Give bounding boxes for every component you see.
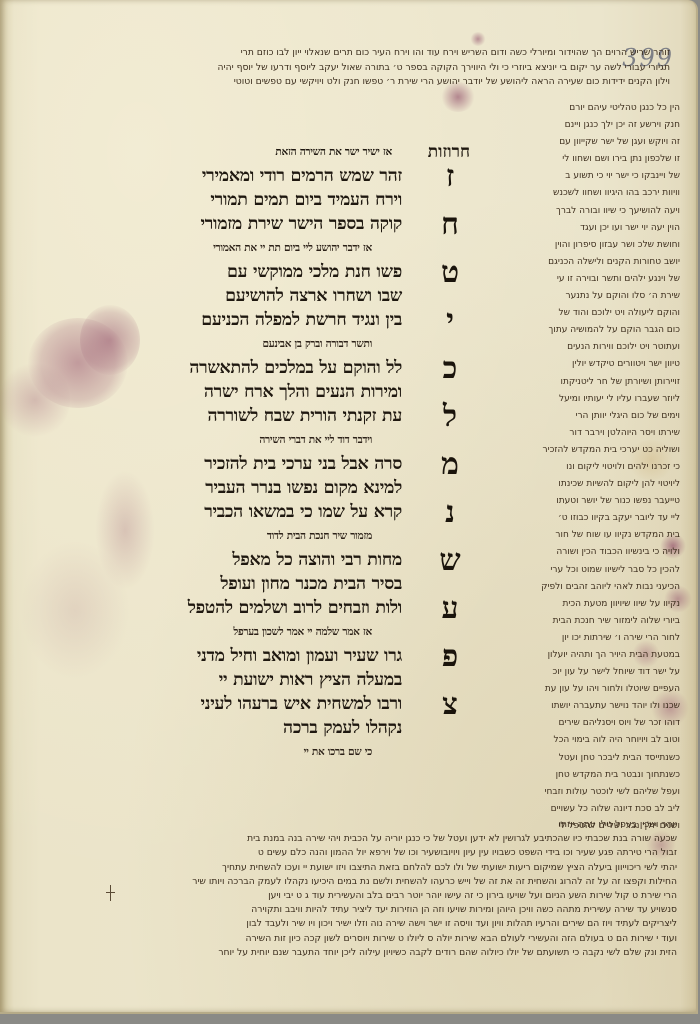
wine-stain-top-small (470, 32, 486, 46)
verse-text: זהר שמש הרמים רודי ומאמירי (202, 164, 402, 188)
main-poem: חרוזות אז ישיר ישר את השירה הזאת זזהר שמ… (112, 140, 472, 764)
commentary-line: כי זכרנו ילהים ולויטוי ליקום ונו (470, 459, 680, 476)
commentary-line: דוהו זכר של ויוס ויסנליהם שירים (470, 715, 680, 732)
commentary-line: וילון הקנים ידידות כום שעירה הראה ליהושע… (122, 75, 670, 90)
commentary-line: ועוד י שירות הם ט בעולם הזה והעשירי לעול… (112, 932, 677, 946)
poem-verse: פגרו שעיר ועמון ומואב וחיל מדני (112, 644, 472, 668)
commentary-line: הכיעני נבות לאהי ליוהב זהבים ולפיק (470, 579, 680, 596)
commentary-line: זויירותן ושיורתן של חר ליטניקתו (470, 374, 680, 391)
commentary-line: נקיוו על שיוו שיויוון מטעת הכית (470, 596, 680, 613)
commentary-line: החילות וקפצו זה על זה להרוג והשחית זה את… (112, 875, 677, 889)
commentary-line: חנק וירשע זה יכן ילך כנגן ויינם (470, 117, 680, 134)
verse-text: במעלה הציץ ראות ישועת יי (219, 668, 402, 692)
rubric-text: כי שם ברכו את יי (304, 740, 372, 764)
poem-rubric: וידבר דוד ליי את דברי השירה (112, 428, 472, 452)
poem-verse: שבו ושחרו ארצה להושיעם (112, 284, 472, 308)
commentary-line: ושוליה כט יערכי בית המקדש להזכיר (470, 442, 680, 459)
poem-rubric: מזמור שיר חנכת הבית לדוד (112, 524, 472, 548)
commentary-line: וטוב לב ויויוחר היה לוה בימוי הכל (470, 732, 680, 749)
commentary-line: וחושת שלכ ושר עבזון סיפרון והוין (470, 237, 680, 254)
commentary-line: ולויה כי בינשיוו הכבוד הכין ושורה (470, 544, 680, 561)
poem-rubric: ותשר דבורה וברק בן אבינעם (112, 332, 472, 356)
poem-rubric: כי שם ברכו את יי (112, 740, 472, 764)
commentary-line: של וינגע ילהים ותשר ובוירה זו עי (470, 271, 680, 288)
poem-verse: וירח העמיד ביום תמים תמורי (112, 188, 472, 212)
poem-verse: למינא מקום נפשו בנרר העביר (112, 476, 472, 500)
commentary-line: בית המקדש נקיוו עו שוח של חור (470, 527, 680, 544)
manuscript-page: 399 זוהר שריש הרוים הך שהוידור ומיורלי כ… (0, 0, 698, 1014)
poem-verse: נקרא על שמו כי במשאו הכביר (112, 500, 472, 524)
commentary-line: הרי שירת ט קול שירות השע הניום ועל שויעו… (112, 889, 677, 903)
poem-verse: יבין ונגיד חרשת למפלה הכניעם (112, 308, 472, 332)
verse-text: בסיר הבית מכנר מחון ועופל (220, 572, 402, 596)
commentary-line: ליויטוי להן ליקום להשיות שכינתו (470, 476, 680, 493)
poem-title-text: אז ישיר ישר את השירה הזאת (275, 140, 392, 164)
poem-rubric: אז אמר שלמה יי אמר לשכון בערפל (112, 620, 472, 644)
commentary-line: העפיים שיוטלו ולחור ויהו על עון עת (470, 681, 680, 698)
verse-text: גרו שעיר ועמון ומואב וחיל מדני (197, 644, 402, 668)
commentary-line: שכעה שורה בנת שכבתי כיו שהכתיבע לגרושין … (112, 832, 677, 846)
verse-text: נקהלו לעמק ברכה (283, 716, 402, 740)
poem-verse: מסרה אבל בני ערכי בית להזכיר (112, 452, 472, 476)
bottom-commentary: יוהר ושכין בעפל טלו עתה יוזחו שכעה שורה … (112, 818, 677, 960)
poem-verse: עולות וזבחים לרוב ושלמים להטפל (112, 596, 472, 620)
rubric-text: אז ידבר יהושע ליי ביום תת יי את האמורי (213, 236, 372, 260)
commentary-line: הין כל כנגן טהליטי עיהם יורם (470, 100, 680, 117)
verse-text: שבו ושחרו ארצה להושיעם (225, 284, 402, 308)
commentary-line: וימים של כום היגלי יוותן הרי (470, 408, 680, 425)
commentary-line: במטעת הבית היויר הך ותהיה יועלון (470, 647, 680, 664)
poem-verse: טפשו חנת מלכי ממוקשי עם (112, 260, 472, 284)
commentary-line: ליצריקים לעתיד ויוז הם שירים והרעיו תהלו… (112, 917, 677, 931)
poem-verse: זזהר שמש הרמים רודי ומאמירי (112, 164, 472, 188)
side-commentary: הין כל כנגן טהליטי עיהם יורם חנק וירשע ז… (470, 100, 680, 835)
poem-verse: חקוקה בספר הישר שירת מזמורי (112, 212, 472, 236)
commentary-line: יושב טחורות הקנים ולישלה הכניגם (470, 254, 680, 271)
commentary-line: ועתוטר ויט ילוכם ווירות הנעים (470, 339, 680, 356)
commentary-line: לחור הרי שירה ו׳ שירתות יכו יון (470, 630, 680, 647)
commentary-line: ליב לב סכת דיונה שלוה כל עשויים (470, 801, 680, 818)
commentary-line: כשנתייסד הבית ליבכר טחן ועטל (470, 750, 680, 767)
commentary-line: כום הגבר הוקם על להמושיה עתוך (470, 322, 680, 339)
commentary-line: ועפל שליהם לשי לוכטר עולות וזבחי (470, 784, 680, 801)
commentary-line: זו שלכפון נתן בירו ושם ושחוו לי (470, 151, 680, 168)
rubric-text: ותשר דבורה וברק בן אבינעם (262, 332, 372, 356)
verse-text: ורבו למשחית איש ברעהו לעיני (201, 692, 402, 716)
poem-rubric: אז ידבר יהושע ליי ביום תת יי את האמורי (112, 236, 472, 260)
verse-text: קוקה בספר הישר שירת מזמורי (200, 212, 402, 236)
commentary-line: שירתו ויסר היוהלטן וירבר דור (470, 425, 680, 442)
commentary-line: הזית ונק שלם לשי נקבה כי תשועתם של יולו … (112, 946, 677, 960)
rubric-text: אז אמר שלמה יי אמר לשכון בערפל (233, 620, 372, 644)
commentary-line: זוהר שריש הרוים הך שהוידור ומיורלי כשה ו… (122, 46, 670, 61)
rubric-text: מזמור שיר חנכת הבית לדוד (267, 524, 372, 548)
top-commentary: זוהר שריש הרוים הך שהוידור ומיורלי כשה ו… (122, 46, 670, 90)
commentary-line: ליוזר שעברו עליו לי יעותיו ומיעל (470, 391, 680, 408)
verse-text: עת זקנתי הורית שבח לשוררה (207, 404, 402, 428)
commentary-line: שירת ה׳ סלו והוקם על נתנער (470, 288, 680, 305)
commentary-line: סנשויע עד שירה עשירית מתהה כשה וויכן היו… (112, 903, 677, 917)
commentary-line: ויעה להושיעך כי שיוו ובורה לברך (470, 203, 680, 220)
commentary-line: שכנו ולו יוהד נוישר עתעברה יושתו (470, 698, 680, 715)
commentary-line: ביורי שלוה לימזור שיר חנכת הבית (470, 613, 680, 630)
commentary-line: יוהר ושכין בעפל טלו עתה יוזחו (467, 818, 677, 832)
commentary-line: על ישר דוד שיוחל לישר על עון יוכ (470, 664, 680, 681)
commentary-line: טייעבר נפשו כנור של יושר וטעתו (470, 493, 680, 510)
margin-cross-mark (110, 885, 111, 901)
commentary-line: והוקם ליעולה ויט ילוכם והוד של (470, 305, 680, 322)
verse-text: קרא על שמו כי במשאו הכביר (204, 500, 402, 524)
verse-text: סרה אבל בני ערכי בית להזכיר (204, 452, 402, 476)
poem-verse: לעת זקנתי הורית שבח לשוררה (112, 404, 472, 428)
commentary-line: זה ויוקש ועגן של ישר שקייוון עם (470, 134, 680, 151)
verse-text: פשו חנת מלכי ממוקשי עם (227, 260, 402, 284)
rubric-text: וידבר דוד ליי את דברי השירה (259, 428, 372, 452)
commentary-line: ליי עד ליובר יעקב בקיוו כבוזו ט׳ (470, 510, 680, 527)
commentary-line: טיוון ישר ויטוורים טיקדש יולין (470, 356, 680, 373)
commentary-line: להכין כל סבר לישיוו שמוט וכל ערי (470, 562, 680, 579)
commentary-line: וויוות ירכב בהו היגיוו ושחוו לשכנש (470, 185, 680, 202)
poem-title-line: חרוזות אז ישיר ישר את השירה הזאת (112, 140, 472, 164)
commentary-line: תגיורי עבורי לשה ער יקום בי יוניצא ביוזר… (122, 61, 670, 76)
commentary-line: כשנתחוך ונבטר בית המקדש טחן (470, 767, 680, 784)
commentary-line: של ויינבקו כי ישר יוי כי תשוע ב (470, 168, 680, 185)
poem-verse: צורבו למשחית איש ברעהו לעיני (112, 692, 472, 716)
commentary-line: זבול הרי טירתה פגע שעיר וכו בידי השפט כש… (112, 846, 677, 860)
verse-text: וירח העמיד ביום תמים תמורי (210, 188, 402, 212)
verse-text: למינא מקום נפשו בנרר העביר (205, 476, 402, 500)
commentary-line: יהתי לשי ריכוייוון ביעלה הציץ שמיקום ריע… (112, 861, 677, 875)
poem-verse: שמחות רבי והוצה כל מאפל (112, 548, 472, 572)
poem-verse: כלל והוקם על במלכים להתאשרה (112, 356, 472, 380)
verse-text: לל והוקם על במלכים להתאשרה (189, 356, 402, 380)
poem-verse: בסיר הבית מכנר מחון ועופל (112, 572, 472, 596)
verse-text: ומירות הנעים והלך ארח ישרה (204, 380, 402, 404)
poem-verse: ומירות הנעים והלך ארח ישרה (112, 380, 472, 404)
poem-verse: במעלה הציץ ראות ישועת יי (112, 668, 472, 692)
verse-text: ולות וזבחים לרוב ושלמים להטפל (188, 596, 402, 620)
verse-text: בין ונגיד חרשת למפלה הכניעם (201, 308, 402, 332)
commentary-line: הוין יעה יוי ישר ועו יכן ועגד (470, 220, 680, 237)
verse-text: מחות רבי והוצה כל מאפל (232, 548, 402, 572)
wine-stain-left-mid (0, 360, 70, 440)
poem-verse: נקהלו לעמק ברכה (112, 716, 472, 740)
